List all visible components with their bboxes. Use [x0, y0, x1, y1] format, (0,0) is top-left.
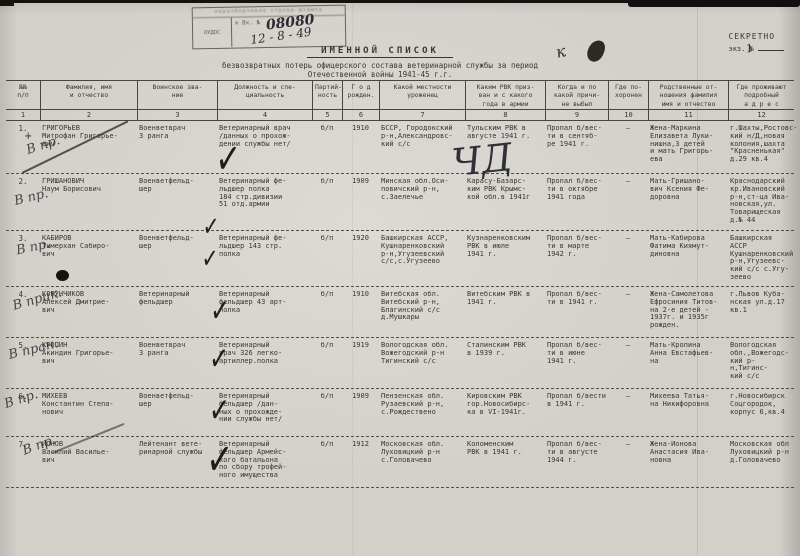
scan-edge-top-right — [628, 0, 800, 7]
table-cell: КАБИРОВ Тимерхан Сабиро- вич — [40, 231, 137, 286]
table-cell: — — [608, 338, 648, 388]
table-row: 5.КРОПИН Акиндин Григорье- вичВоенветвра… — [6, 338, 794, 389]
table-cell: Жена-Маркина Елизавета Луки- нишна,3 дет… — [648, 121, 728, 173]
table-cell: ГРИШАНОВИЧ Наум Борисович — [40, 174, 137, 230]
column-header: Родственные от- ношения фамилия имя и от… — [648, 81, 728, 109]
table-cell: г.Львов Куба- нская ул.д.17 кв.1 — [728, 287, 794, 337]
table-cell: ГРИГОРЬЕВ Митрофан Григорье- вич — [40, 121, 137, 173]
table-cell: Башкирская АССР Кушнаренковский р-н,Угуз… — [728, 231, 794, 286]
table-cell: КРОПИН Акиндин Григорье- вич — [40, 338, 137, 388]
table-cell: г.Шахты,Ростовс- кий н/Д,новая колония,ш… — [728, 121, 794, 173]
table-cell: б/п — [312, 121, 342, 173]
table-cell: б/п — [312, 174, 342, 230]
table-cell: 1910 — [342, 121, 379, 173]
scan-edge-top-left — [0, 0, 14, 6]
column-number: 10 — [608, 110, 648, 120]
table-cell: б/п — [312, 287, 342, 337]
table-cell: б/п — [312, 437, 342, 487]
column-number: 6 — [342, 110, 379, 120]
table-cell: Витебская обл. Витебский р-н, Благинский… — [379, 287, 465, 337]
title-block: ИМЕННОЙ СПИСОК безвозвратных потерь офиц… — [120, 38, 640, 80]
table-cell: Военветфельд- шер — [137, 174, 217, 230]
table-cell: Ветеринарный фельдшер /дан- ных о прохож… — [217, 389, 312, 436]
table-cell: 3. — [6, 231, 40, 286]
table-cell: Пензенская обл. Рузаевский р-н, с.Рождес… — [379, 389, 465, 436]
table-cell: б/п — [312, 389, 342, 436]
column-header: Г о д рожден. — [342, 81, 379, 109]
table-cell: ИОНОВ Василий Василье- вич — [40, 437, 137, 487]
table-cell: Ветеринарный фельдшер Армейс- кого батал… — [217, 437, 312, 487]
table-cell: — — [608, 174, 648, 230]
document-title: ИМЕННОЙ СПИСОК — [307, 46, 453, 58]
table-cell: Башкирская АССР, Кушнаренковский р-н,Угу… — [379, 231, 465, 286]
table-cell: Военветврач 3 ранга — [137, 121, 217, 173]
table-cell: Вологодская обл.,Вожегодс- кий р-н,Тигин… — [728, 338, 794, 388]
table-cell: 1919 — [342, 338, 379, 388]
table-cell: КОРУНЧИКОВ Алексей Дмитрие- вич — [40, 287, 137, 337]
table-cell: Мать-Кропина Анна Евстафьев- на — [648, 338, 728, 388]
table-cell: Коломенским РВК в 1941 г. — [465, 437, 545, 487]
table-cell: Карасу-Базарс- ким РВК Крымс- кой обл.в … — [465, 174, 545, 230]
table-cell: Краснодарский кр.Ивановский р-н,ст-ца Ив… — [728, 174, 794, 230]
column-number: 8 — [465, 110, 545, 120]
casualty-table: №№ п/пФамилия, имя и отчествоВоинское зв… — [6, 80, 794, 488]
column-header: Фамилия, имя и отчество — [40, 81, 137, 109]
subtitle-line-2: Отечественной войны 1941-45 г.г. — [120, 70, 640, 79]
table-cell: Вологодская обл. Вожегодский р-н Тигинск… — [379, 338, 465, 388]
table-cell: 7. — [6, 437, 40, 487]
table-cell: — — [608, 389, 648, 436]
table-row: 6.МИХЕЕВ Константин Степа- новичВоенветф… — [6, 389, 794, 437]
table-cell: Ветеринарный фельдшер 43 арт- полка — [217, 287, 312, 337]
table-cell: Жена-Ионова Анастасия Ива- новна — [648, 437, 728, 487]
table-cell: Пропал б/вес- ти в июне 1941 г. — [545, 338, 608, 388]
table-cell: Пропал б/вес- ти в августе 1944 г. — [545, 437, 608, 487]
column-number: 9 — [545, 110, 608, 120]
table-cell: г.Новосибирск Соцгородок, корпус 6,кв.4 — [728, 389, 794, 436]
table-cell: — — [608, 437, 648, 487]
document-subtitle: безвозвратных потерь офицерского состава… — [120, 61, 640, 80]
table-cell: 1912 — [342, 437, 379, 487]
table-cell: Ветеринарный врач /данных о прохож- дени… — [217, 121, 312, 173]
table-cell: Ветеринарный фельдшер — [137, 287, 217, 337]
column-number: 4 — [217, 110, 312, 120]
table-row: 3.КАБИРОВ Тимерхан Сабиро- вичВоенветфел… — [6, 231, 794, 287]
table-cell: Ветеринарный фе- льдшер 143 стр. полка — [217, 231, 312, 286]
copy-number-line — [758, 43, 784, 51]
column-header: Должность и спе- циальность — [217, 81, 312, 109]
table-cell: 1909 — [342, 174, 379, 230]
table-cell: 1910 — [342, 287, 379, 337]
table-cell: б/п — [312, 231, 342, 286]
table-body: 1.ГРИГОРЬЕВ Митрофан Григорье- вичВоенве… — [6, 121, 794, 488]
column-number: 11 — [648, 110, 728, 120]
table-column-numbers: 123456789101112 — [6, 110, 794, 121]
column-number: 5 — [312, 110, 342, 120]
table-cell: 1. — [6, 121, 40, 173]
table-cell: Пропал б/вес- ти в 1941 г. — [545, 287, 608, 337]
table-cell: Военветврач 3 ранга — [137, 338, 217, 388]
table-cell: Мать-Кабирова Фатима Киямут- диновна — [648, 231, 728, 286]
table-row: 2.ГРИШАНОВИЧ Наум БорисовичВоенветфельд-… — [6, 174, 794, 231]
table-cell: 1909 — [342, 389, 379, 436]
table-row: 4.КОРУНЧИКОВ Алексей Дмитрие- вичВетерин… — [6, 287, 794, 338]
table-cell: Жена-Самолетова Ефросиния Титов- на 2-е … — [648, 287, 728, 337]
table-cell: — — [608, 287, 648, 337]
table-cell: Пропал б/вес- ти в сентяб- ре 1941 г. — [545, 121, 608, 173]
table-cell: Пропал б/вести в 1941 г. — [545, 389, 608, 436]
column-header: Где проживают подробный а д р е с — [728, 81, 794, 109]
table-cell: 5. — [6, 338, 40, 388]
classification-block: СЕКРЕТНО экз. № 1 — [728, 32, 784, 53]
table-cell: б/п — [312, 338, 342, 388]
table-cell: Пропал б/вес- ти в октябре 1941 года — [545, 174, 608, 230]
table-cell: Сталинским РВК в 1939 г. — [465, 338, 545, 388]
column-header: Партий- ность — [312, 81, 342, 109]
table-cell: МИХЕЕВ Константин Степа- нович — [40, 389, 137, 436]
table-cell: Военветфельд- шер — [137, 389, 217, 436]
column-header: Воинское зва- ние — [137, 81, 217, 109]
table-cell: Кузнаренковским РВК в июле 1941 г. — [465, 231, 545, 286]
table-cell: — — [608, 231, 648, 286]
table-cell: Мать-Гришано- вич Ксения Фе- доровна — [648, 174, 728, 230]
column-number: 7 — [379, 110, 465, 120]
subtitle-line-1: безвозвратных потерь офицерского состава… — [120, 61, 640, 70]
table-cell: Витебским РВК в 1941 г. — [465, 287, 545, 337]
table-cell: Минская обл.Оси- повичский р-н, с.Заелеч… — [379, 174, 465, 230]
table-header: №№ п/пФамилия, имя и отчествоВоинское зв… — [6, 80, 794, 110]
table-cell: 1920 — [342, 231, 379, 286]
column-number: 2 — [40, 110, 137, 120]
document-page: неразборчивая строка штампа ОУДОС к Вх. … — [0, 0, 800, 556]
table-cell: 6. — [6, 389, 40, 436]
table-cell: — — [608, 121, 648, 173]
column-header: Каким РВК приз- ван и с какого года в ар… — [465, 81, 545, 109]
table-cell: Пропал б/вес- ти в марте 1942 г. — [545, 231, 608, 286]
table-cell: Лейтенант вете- ринарной службы — [137, 437, 217, 487]
table-cell: Военветфельд- шер — [137, 231, 217, 286]
table-cell: Ветеринарный врач 326 легко- артиллер.по… — [217, 338, 312, 388]
column-header: Где по- хоронен — [608, 81, 648, 109]
table-cell: Тульским РВК в августе 1941 г. — [465, 121, 545, 173]
table-cell: Московская обл. Луховицкий р-н с.Головач… — [379, 437, 465, 487]
table-cell: БССР, Городокский р-н,Александровс- кий … — [379, 121, 465, 173]
table-row: 7.ИОНОВ Василий Василье- вичЛейтенант ве… — [6, 437, 794, 488]
column-header: №№ п/п — [6, 81, 40, 109]
column-header: Какой местности уроженец — [379, 81, 465, 109]
table-cell: 4. — [6, 287, 40, 337]
table-cell: Ветеринарный фе- льдшер полка 184 стр.ди… — [217, 174, 312, 230]
column-number: 1 — [6, 110, 40, 120]
column-number: 12 — [728, 110, 794, 120]
classification-label: СЕКРЕТНО — [728, 32, 784, 41]
stamp-entry-label: к Вх. № — [235, 19, 260, 26]
table-cell: Михеева Татья- на Никифоровна — [648, 389, 728, 436]
table-cell: 2. — [6, 174, 40, 230]
table-cell: Кировским РВК гор.Новосибирс- ка в VI-19… — [465, 389, 545, 436]
column-number: 3 — [137, 110, 217, 120]
column-header: Когда и по какой причи- не выбыл — [545, 81, 608, 109]
table-row: 1.ГРИГОРЬЕВ Митрофан Григорье- вичВоенве… — [6, 121, 794, 174]
table-cell: Московская обл Луховицкий р-н д.Головаче… — [728, 437, 794, 487]
